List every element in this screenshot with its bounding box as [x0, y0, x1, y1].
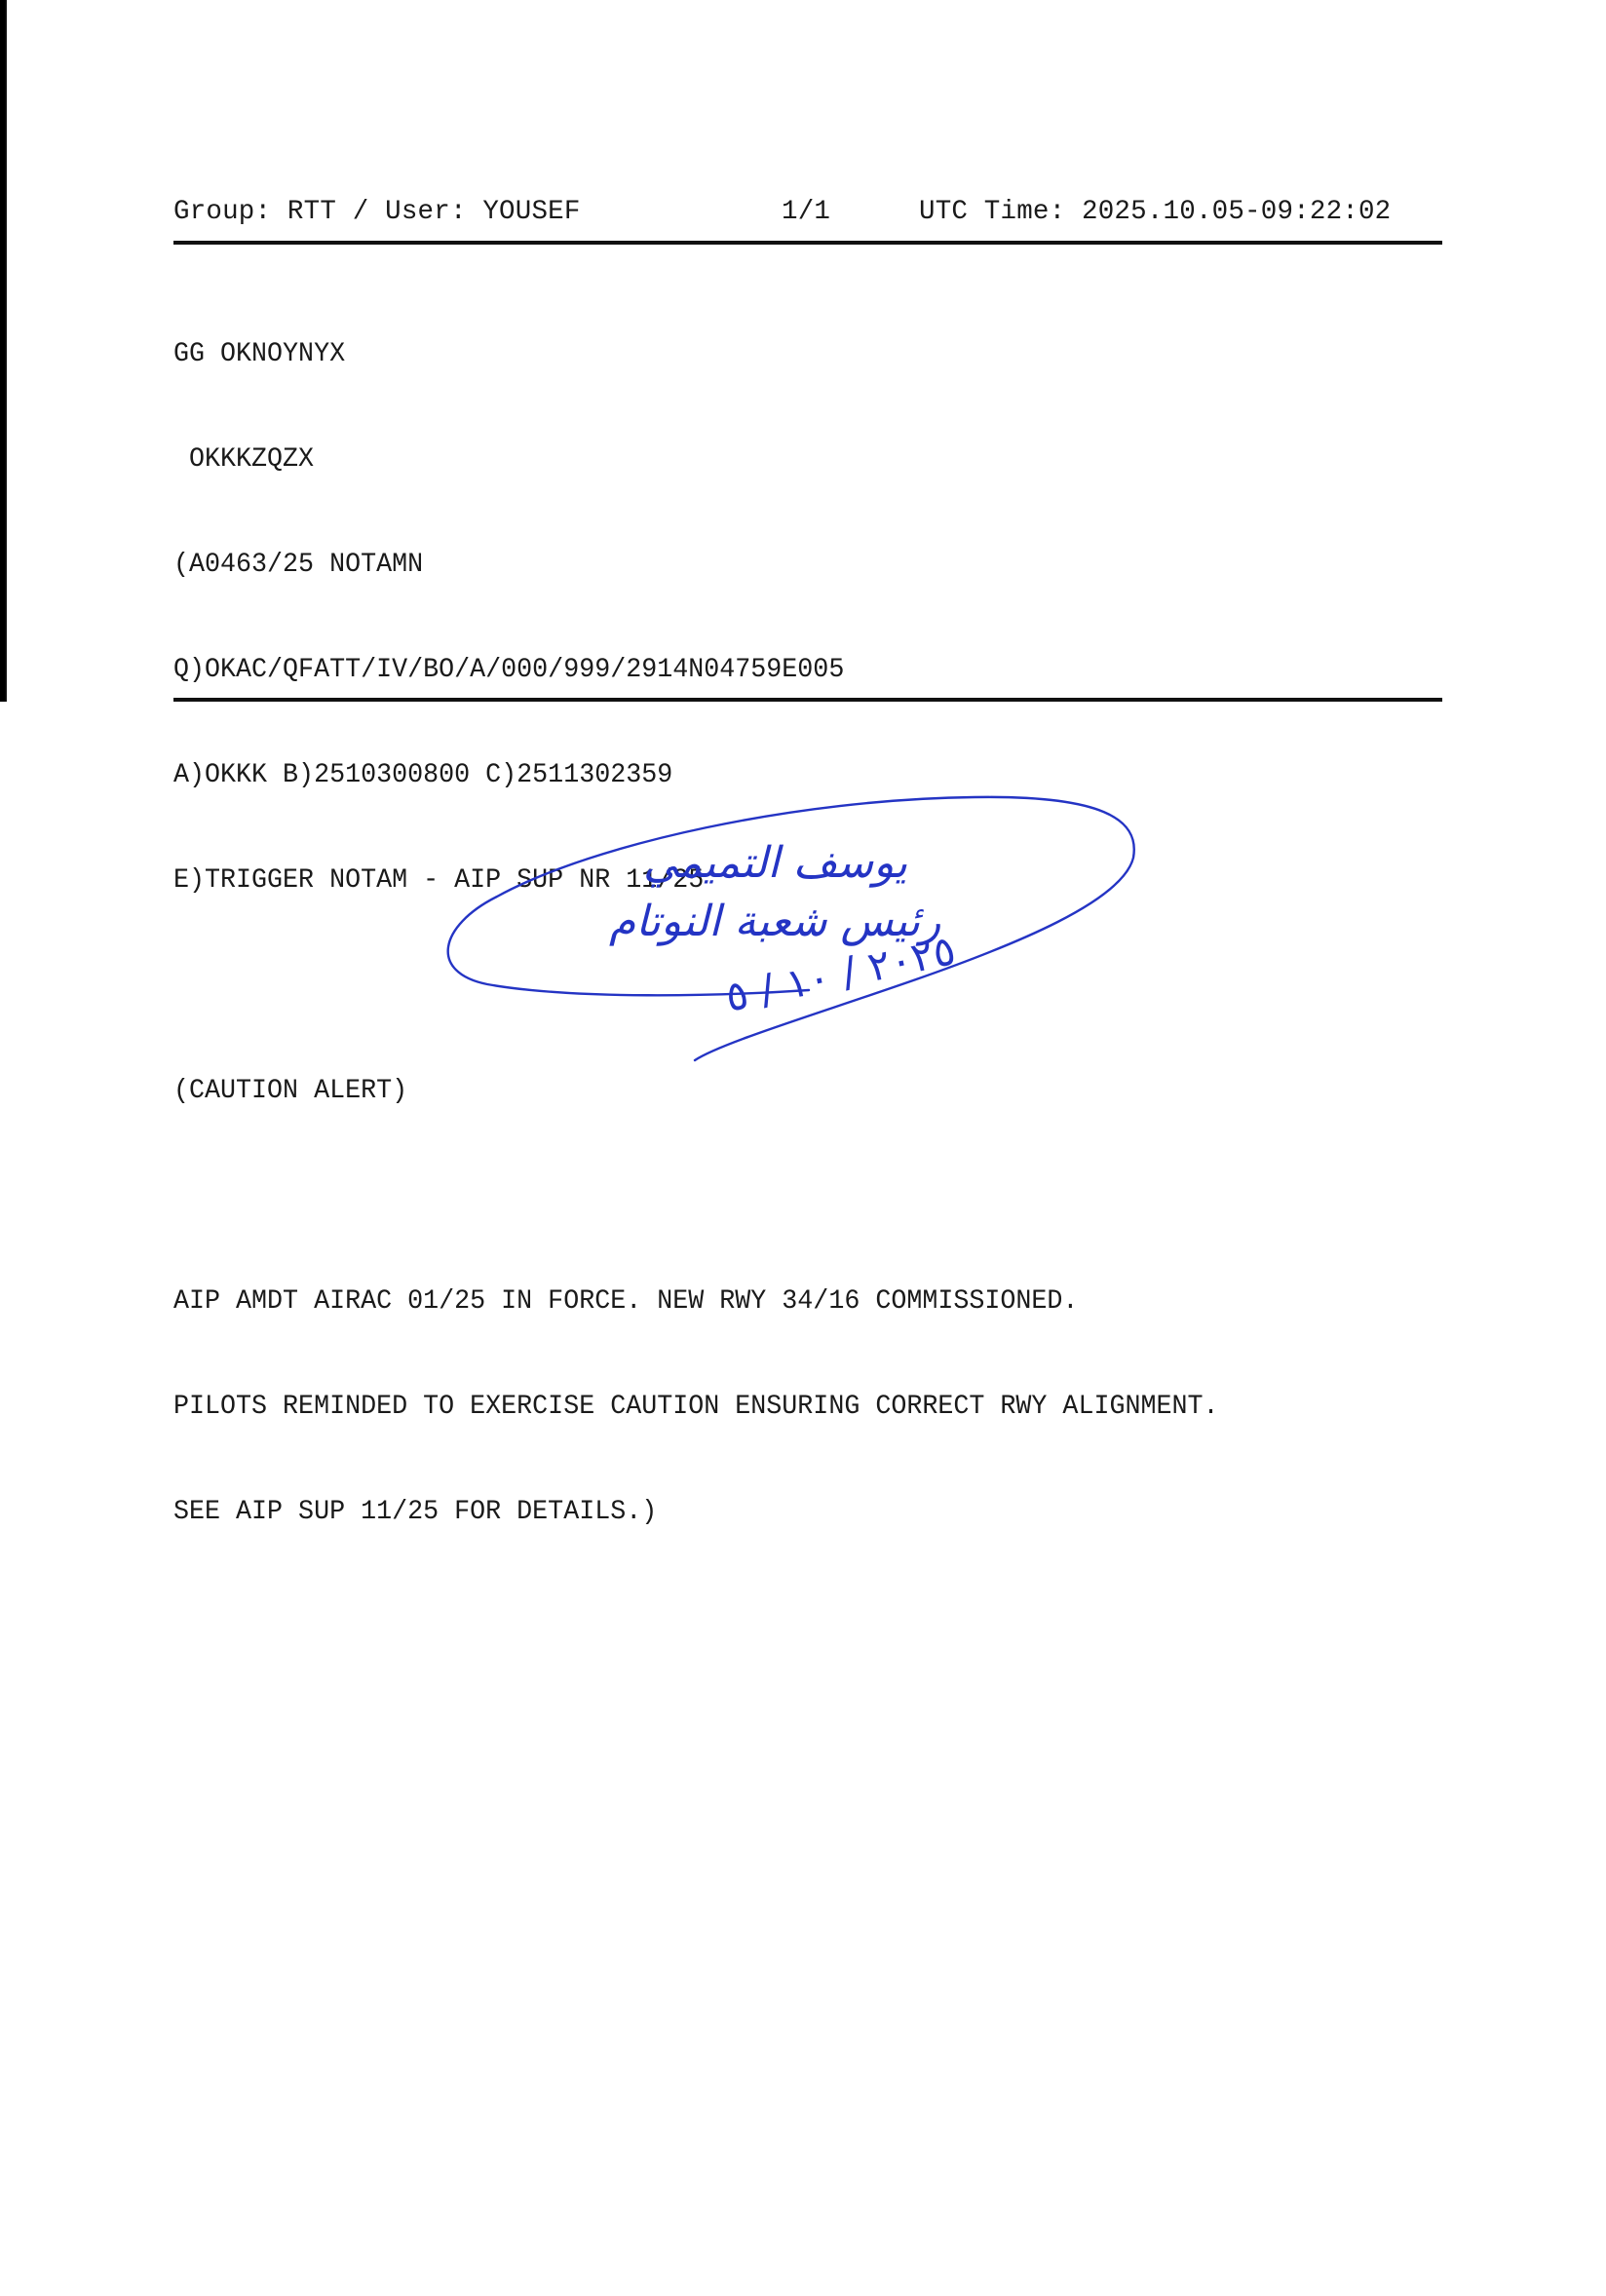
signatory-name: يوسف التميمي: [643, 838, 907, 888]
q-line: Q)OKAC/QFATT/IV/BO/A/000/999/2914N04759E…: [173, 653, 1421, 688]
utc-timestamp: UTC Time: 2025.10.05-09:22:02: [919, 197, 1391, 227]
handwritten-signature: يوسف التميمي رئيس شعبة النوتام ٢٠٢٥ / ١٠…: [429, 780, 1169, 1150]
priority-address-line: GG OKNOYNYX: [173, 337, 1421, 372]
header-divider: [173, 241, 1442, 245]
footer-divider: [173, 698, 1442, 702]
originator-line: OKKKZQZX: [173, 442, 1421, 478]
notam-id-line: (A0463/25 NOTAMN: [173, 548, 1421, 583]
detail-line: SEE AIP SUP 11/25 FOR DETAILS.): [173, 1495, 1421, 1530]
blank-line: [173, 1179, 1421, 1214]
detail-line: AIP AMDT AIRAC 01/25 IN FORCE. NEW RWY 3…: [173, 1284, 1421, 1320]
print-header: Group: RTT / User: YOUSEF 1/1 UTC Time: …: [173, 197, 1442, 236]
notam-printout: Group: RTT / User: YOUSEF 1/1 UTC Time: …: [0, 0, 1606, 2296]
page-number: 1/1: [782, 197, 830, 227]
detail-line: PILOTS REMINDED TO EXERCISE CAUTION ENSU…: [173, 1390, 1421, 1425]
group-user-label: Group: RTT / User: YOUSEF: [173, 197, 581, 227]
